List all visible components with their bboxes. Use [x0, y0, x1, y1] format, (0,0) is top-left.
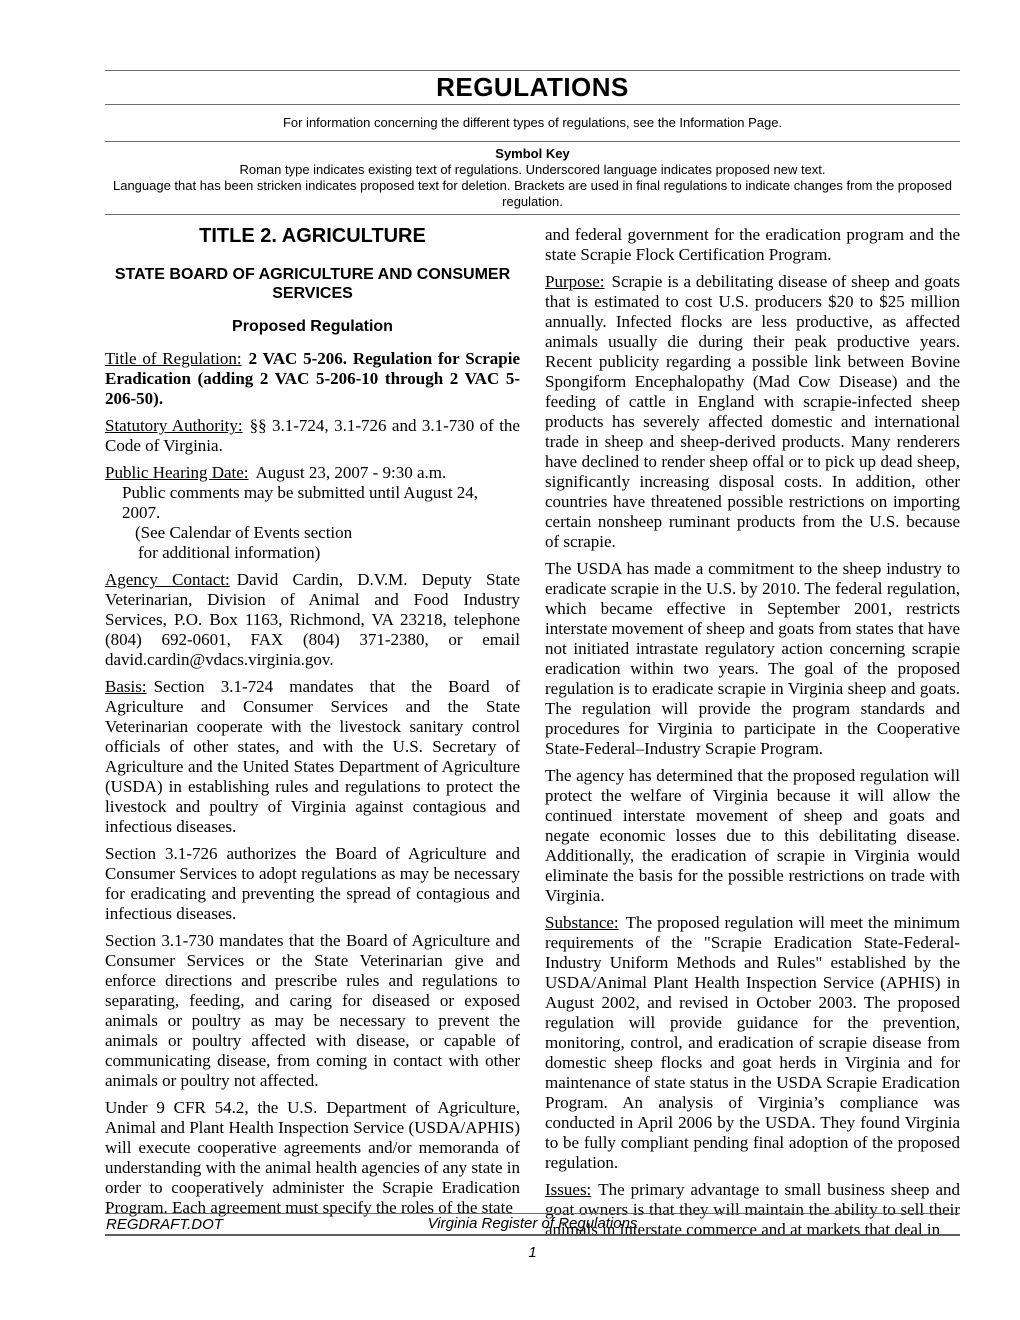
public-hearing-label: Public Hearing Date:	[105, 463, 249, 482]
purpose-label: Purpose:	[545, 272, 605, 291]
left-column: TITLE 2. AGRICULTURE STATE BOARD OF AGRI…	[105, 224, 520, 1247]
document-page: REGULATIONS For information concerning t…	[105, 0, 960, 1320]
purpose-text: Scrapie is a debilitating disease of she…	[545, 272, 960, 551]
regulation-type-heading: Proposed Regulation	[105, 317, 520, 336]
paragraph-agency-contact: Agency Contact:David Cardin, D.V.M. Depu…	[105, 570, 520, 670]
public-hearing-line-3: (See Calendar of Events section	[105, 523, 520, 543]
agency-heading: STATE BOARD OF AGRICULTURE AND CONSUMER …	[105, 265, 520, 303]
agency-contact-label: Agency Contact:	[105, 570, 230, 589]
basis-label: Basis:	[105, 677, 147, 696]
public-hearing-date: August 23, 2007 - 9:30 a.m.	[256, 463, 447, 482]
title-of-regulation-label: Title of Regulation:	[105, 349, 242, 368]
paragraph-public-hearing: Public Hearing Date:August 23, 2007 - 9:…	[105, 463, 520, 563]
substance-label: Substance:	[545, 913, 619, 932]
paragraph-basis-2: Section 3.1-726 authorizes the Board of …	[105, 844, 520, 924]
title-heading: TITLE 2. AGRICULTURE	[105, 225, 520, 248]
paragraph-substance: Substance:The proposed regulation will m…	[545, 913, 960, 1173]
paragraph-purpose-3: The agency has determined that the propo…	[545, 766, 960, 906]
substance-text: The proposed regulation will meet the mi…	[545, 913, 960, 1172]
page-title: REGULATIONS	[105, 71, 960, 104]
two-column-body: TITLE 2. AGRICULTURE STATE BOARD OF AGRI…	[105, 224, 960, 1247]
paragraph-purpose: Purpose:Scrapie is a debilitating diseas…	[545, 272, 960, 552]
footer-journal-name: Virginia Register of Regulations	[105, 1215, 960, 1232]
right-column: and federal government for the eradicati…	[545, 224, 960, 1247]
symbol-key-line-1: Roman type indicates existing text of re…	[105, 162, 960, 178]
paragraph-continuation: and federal government for the eradicati…	[545, 225, 960, 265]
paragraph-basis: Basis:Section 3.1-724 mandates that the …	[105, 677, 520, 837]
public-hearing-line-2: Public comments may be submitted until A…	[105, 483, 520, 523]
basis-text: Section 3.1-724 mandates that the Board …	[105, 677, 520, 836]
symbol-key-title: Symbol Key	[105, 146, 960, 162]
paragraph-basis-3: Section 3.1-730 mandates that the Board …	[105, 931, 520, 1091]
public-hearing-line-1: Public Hearing Date:August 23, 2007 - 9:…	[105, 463, 520, 483]
paragraph-purpose-2: The USDA has made a commitment to the sh…	[545, 559, 960, 759]
symbol-key-line-2: Language that has been stricken indicate…	[105, 178, 960, 210]
public-hearing-line-4: for additional information)	[105, 543, 520, 563]
paragraph-basis-4: Under 9 CFR 54.2, the U.S. Department of…	[105, 1098, 520, 1218]
footer-template-name: REGDRAFT.DOT	[106, 1216, 223, 1233]
paragraph-title-of-regulation: Title of Regulation:2 VAC 5-206. Regulat…	[105, 349, 520, 409]
issues-label: Issues:	[545, 1180, 591, 1199]
horizontal-rule	[105, 214, 960, 215]
info-line: For information concerning the different…	[105, 105, 960, 141]
paragraph-statutory-authority: Statutory Authority:§§ 3.1-724, 3.1-726 …	[105, 416, 520, 456]
page-footer: REGDRAFT.DOT Virginia Register of Regula…	[105, 1213, 960, 1236]
page-number: 1	[105, 1244, 960, 1261]
statutory-authority-label: Statutory Authority:	[105, 416, 243, 435]
symbol-key-section: Symbol Key Roman type indicates existing…	[105, 142, 960, 214]
